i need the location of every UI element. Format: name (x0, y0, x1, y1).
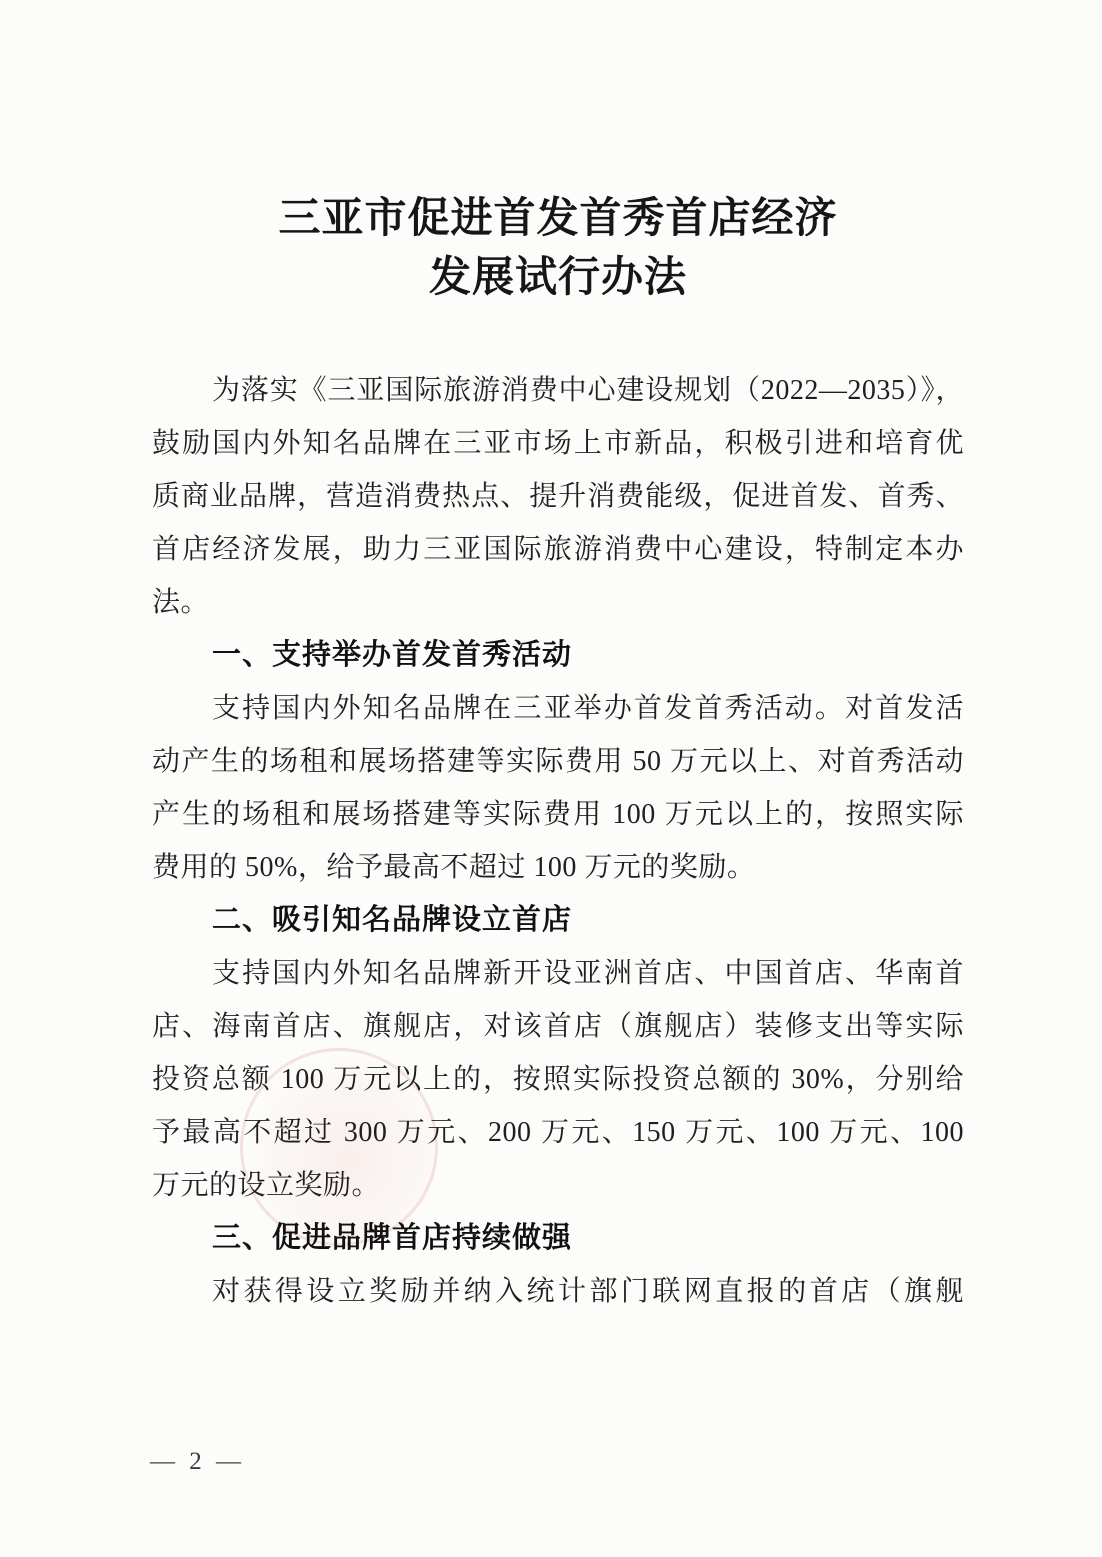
body-line: 费用的 50%，给予最高不超过 100 万元的奖励。 (152, 841, 964, 894)
document-title: 三亚市促进首发首秀首店经济 发展试行办法 (152, 190, 964, 308)
body-line: 支持国内外知名品牌在三亚举办首发首秀活动。对首发活 (152, 682, 964, 735)
body-line: 万元的设立奖励。 (152, 1159, 964, 1212)
document-title-line-1: 三亚市促进首发首秀首店经济 (152, 190, 964, 249)
body-line: 支持国内外知名品牌新开设亚洲首店、中国首店、华南首 (152, 947, 964, 1000)
body-line: 店、海南首店、旗舰店，对该首店（旗舰店）装修支出等实际 (152, 1000, 964, 1053)
document-body: 为落实《三亚国际旅游消费中心建设规划（2022—2035）》， 鼓励国内外知名品… (152, 364, 964, 1318)
document-title-line-2: 发展试行办法 (152, 249, 964, 308)
section-heading: 二、吸引知名品牌设立首店 (152, 894, 964, 947)
body-line: 对获得设立奖励并纳入统计部门联网直报的首店（旗舰 (152, 1265, 964, 1318)
body-line: 产生的场租和展场搭建等实际费用 100 万元以上的，按照实际 (152, 788, 964, 841)
body-line: 首店经济发展，助力三亚国际旅游消费中心建设，特制定本办 (152, 523, 964, 576)
section-heading: 三、促进品牌首店持续做强 (152, 1212, 964, 1265)
body-line: 质商业品牌，营造消费热点、提升消费能级，促进首发、首秀、 (152, 470, 964, 523)
section-heading: 一、支持举办首发首秀活动 (152, 629, 964, 682)
page-number: — 2 — (150, 1442, 245, 1482)
body-line: 予最高不超过 300 万元、200 万元、150 万元、100 万元、100 (152, 1106, 964, 1159)
body-line: 动产生的场租和展场搭建等实际费用 50 万元以上、对首秀活动 (152, 735, 964, 788)
body-line: 鼓励国内外知名品牌在三亚市场上市新品，积极引进和培育优 (152, 417, 964, 470)
body-line: 为落实《三亚国际旅游消费中心建设规划（2022—2035）》， (152, 364, 964, 417)
body-line: 法。 (152, 576, 964, 629)
document-page: 三亚市促进首发首秀首店经济 发展试行办法 为落实《三亚国际旅游消费中心建设规划（… (0, 0, 1102, 1557)
body-line: 投资总额 100 万元以上的，按照实际投资总额的 30%，分别给 (152, 1053, 964, 1106)
